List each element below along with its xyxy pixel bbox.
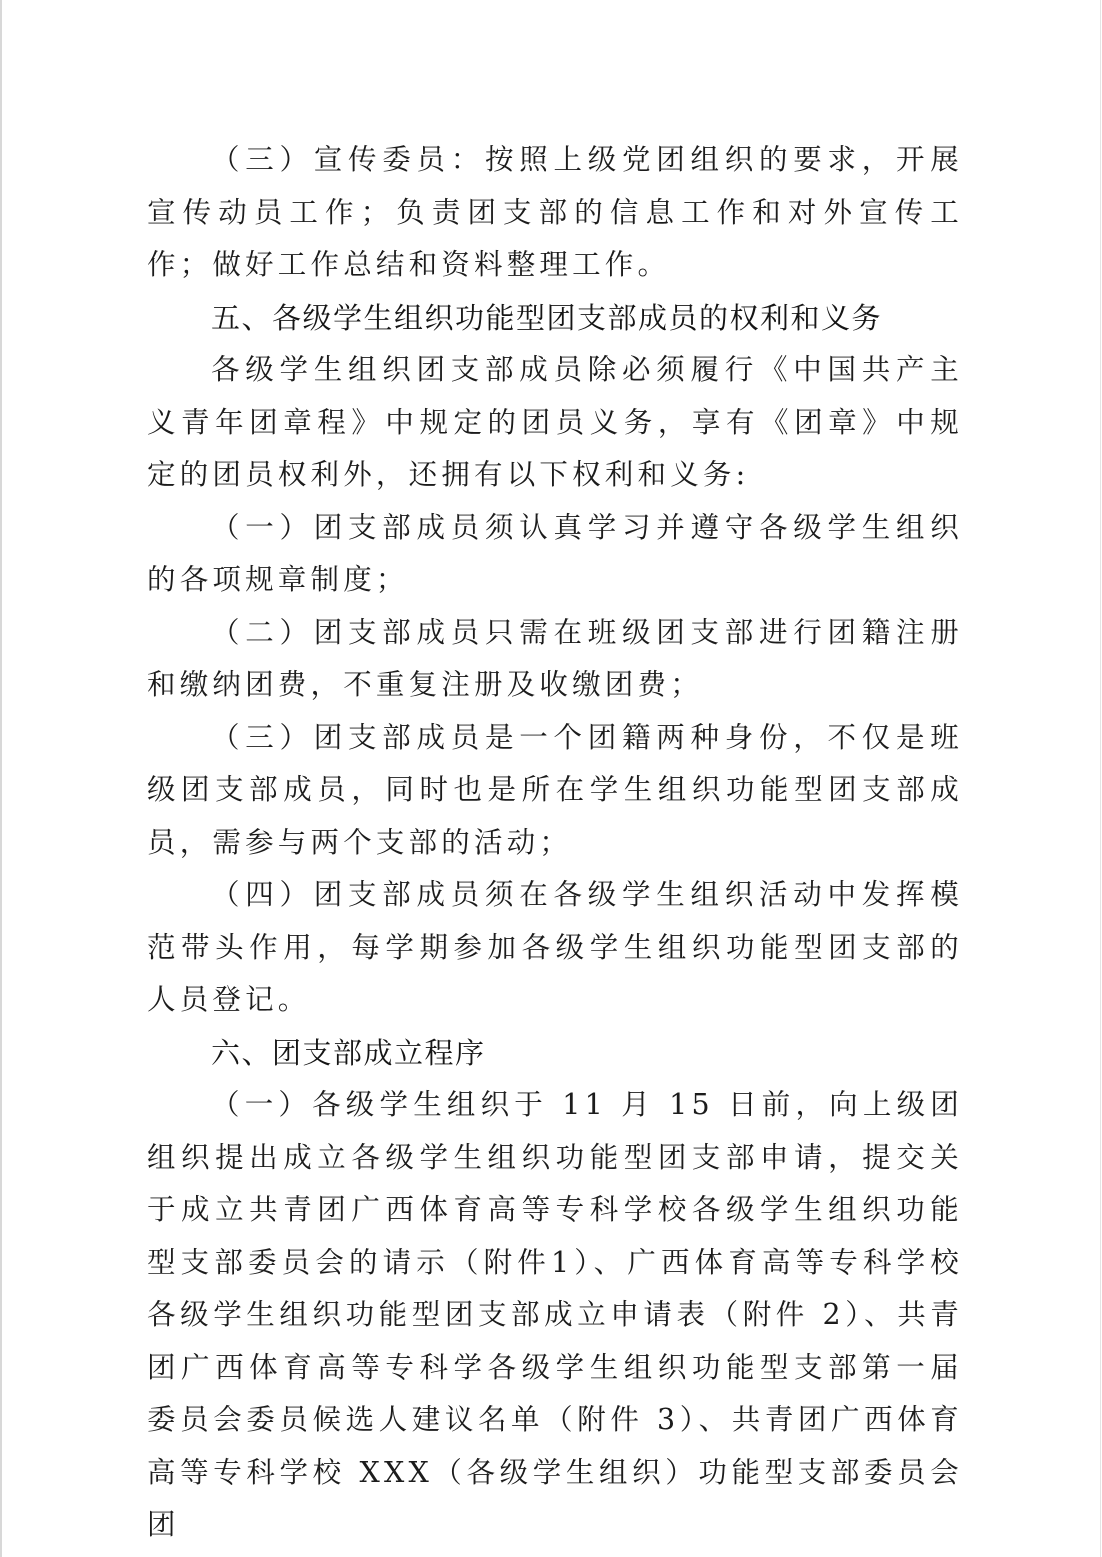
paragraph-item-2-registration: （二）团支部成员只需在班级团支部进行团籍注册和缴纳团费，不重复注册及收缴团费； — [147, 607, 963, 712]
paragraph-item-3-dual-identity: （三）团支部成员是一个团籍两种身份，不仅是班级团支部成员，同时也是所在学生组织功… — [147, 712, 963, 870]
paragraph-rights-intro: 各级学生组织团支部成员除必须履行《中国共产主义青年团章程》中规定的团员义务，享有… — [147, 344, 963, 502]
page-edge-left — [0, 0, 2, 1557]
page-edge-right — [1100, 0, 1101, 1557]
document-page: （三）宣传委员：按照上级党团组织的要求，开展宣传动员工作；负责团支部的信息工作和… — [0, 0, 1102, 1557]
document-body: （三）宣传委员：按照上级党团组织的要求，开展宣传动员工作；负责团支部的信息工作和… — [147, 134, 963, 1552]
section-heading-rights-and-obligations: 五、各级学生组织功能型团支部成员的权利和义务 — [147, 292, 963, 345]
paragraph-publicity-committee-duties: （三）宣传委员：按照上级党团组织的要求，开展宣传动员工作；负责团支部的信息工作和… — [147, 134, 963, 292]
paragraph-item-1-rules: （一）团支部成员须认真学习并遵守各级学生组织的各项规章制度； — [147, 502, 963, 607]
paragraph-procedure-step-1: （一）各级学生组织于 11 月 15 日前，向上级团组织提出成立各级学生组织功能… — [147, 1079, 963, 1552]
section-heading-establishment-procedure: 六、团支部成立程序 — [147, 1027, 963, 1080]
paragraph-item-4-exemplary-role: （四）团支部成员须在各级学生组织活动中发挥模范带头作用，每学期参加各级学生组织功… — [147, 869, 963, 1027]
